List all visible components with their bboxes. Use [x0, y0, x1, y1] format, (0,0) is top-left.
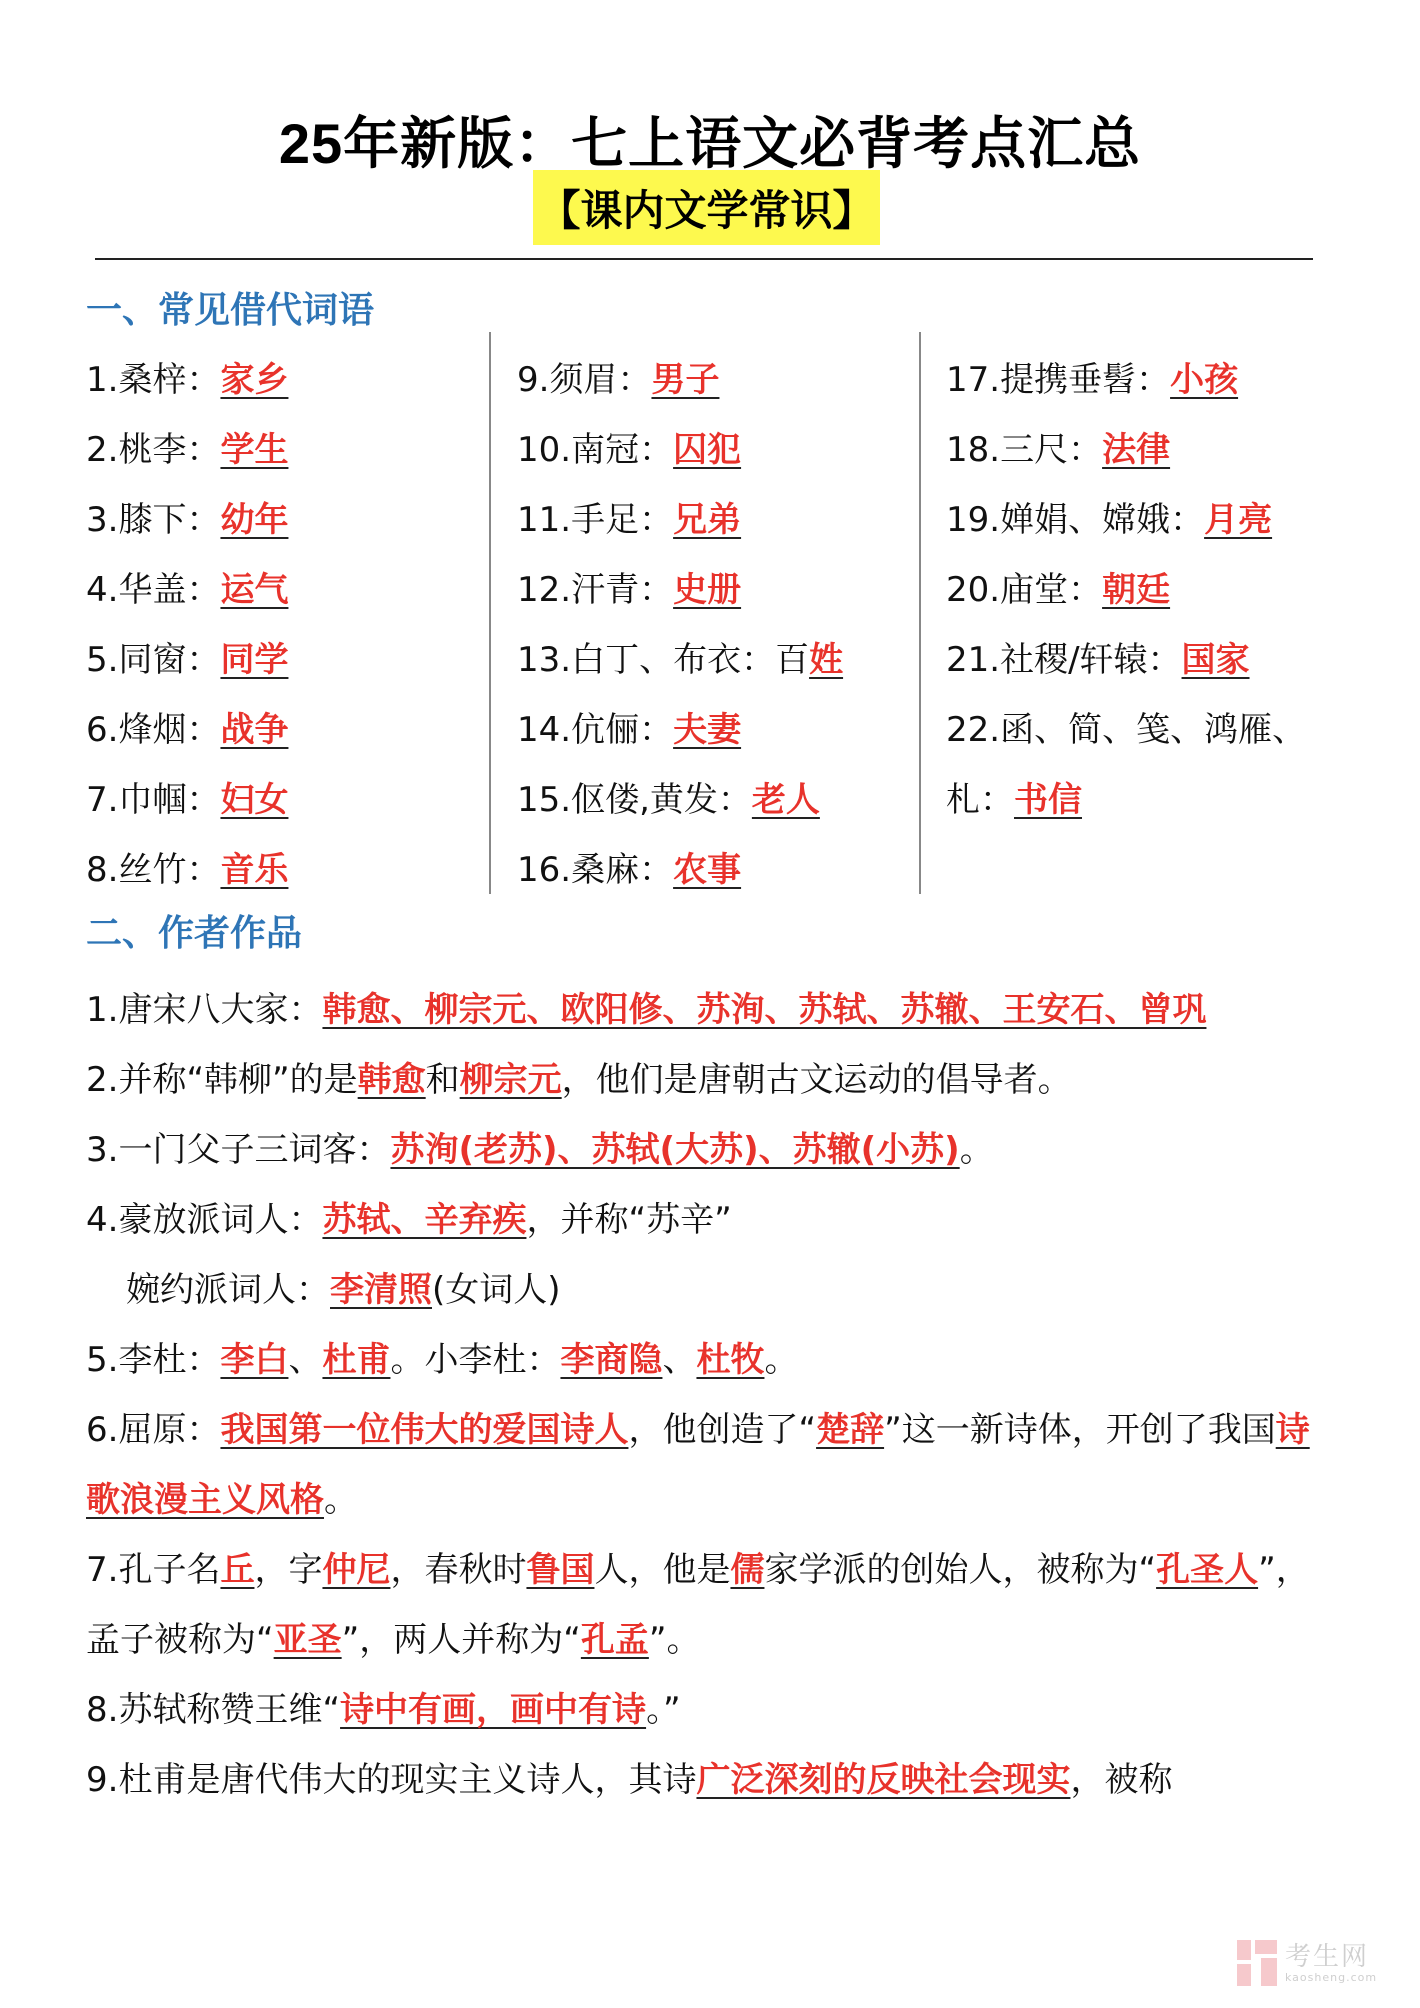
fact-text: ，他创造了“: [628, 1410, 816, 1450]
term-item: 19.婵娟、嫦娥：月亮: [946, 490, 1306, 560]
term-label: 10.南冠：: [517, 430, 673, 470]
fact-text: 4.豪放派词人：: [86, 1200, 322, 1240]
page-title: 25年新版：七上语文必背考点汇总: [0, 100, 1420, 180]
term-item: 札：书信: [946, 770, 1306, 840]
term-answer: 国家: [1182, 640, 1250, 680]
fact-text: 。”: [646, 1690, 681, 1730]
term-answer: 史册: [673, 570, 741, 610]
fact-text: 5.李杜：: [86, 1340, 220, 1380]
key-answer: 仲尼: [322, 1550, 390, 1590]
author-fact: 婉约派词人：李清照(女词人): [86, 1255, 1336, 1325]
term-label: 1.桑梓：: [86, 360, 220, 400]
author-fact: 1.唐宋八大家：韩愈、柳宗元、欧阳修、苏洵、苏轼、苏辙、王安石、曾巩: [86, 975, 1336, 1045]
term-item: 22.函、简、笺、鸿雁、: [946, 700, 1306, 770]
key-answer: 李商隐: [560, 1340, 662, 1380]
term-label: 19.婵娟、嫦娥：: [946, 500, 1204, 540]
key-answer: 亚圣: [274, 1620, 342, 1660]
term-item: 9.须眉：男子: [517, 350, 843, 420]
key-answer: 诗中有画，画中有诗: [340, 1690, 646, 1730]
fact-text: ，他们是唐朝古文运动的倡导者。: [562, 1060, 1072, 1100]
author-fact: 3.一门父子三词客：苏洵(老苏)、苏轼(大苏)、苏辙(小苏)。: [86, 1115, 1336, 1185]
fact-text: 。: [960, 1130, 994, 1170]
term-answer: 运气: [220, 570, 288, 610]
term-label: 18.三尺：: [946, 430, 1102, 470]
term-label: 8.丝竹：: [86, 850, 220, 890]
key-answer: 韩愈、柳宗元、欧阳修、苏洵、苏轼、苏辙、王安石、曾巩: [322, 990, 1206, 1030]
column-divider: [919, 332, 921, 894]
key-answer: 杜甫: [322, 1340, 390, 1380]
term-label: 12.汗青：: [517, 570, 673, 610]
key-answer: 苏洵(老苏)、苏轼(大苏)、苏辙(小苏): [390, 1130, 959, 1170]
fact-text: 。: [324, 1480, 358, 1520]
fact-text: 、: [288, 1340, 322, 1380]
author-fact: 2.并称“韩柳”的是韩愈和柳宗元，他们是唐朝古文运动的倡导者。: [86, 1045, 1336, 1115]
fact-text: ”这一新诗体，开创了我国: [884, 1410, 1276, 1450]
fact-text: 家学派的创始人，被称为“: [764, 1550, 1156, 1590]
key-answer: 孔孟: [581, 1620, 649, 1660]
key-answer: 儒: [730, 1550, 764, 1590]
term-label: 9.须眉：: [517, 360, 651, 400]
term-label: 5.同窗：: [86, 640, 220, 680]
term-item: 18.三尺：法律: [946, 420, 1306, 490]
page-subtitle: 【课内文学常识】: [538, 178, 874, 238]
key-answer: 孔圣人: [1156, 1550, 1258, 1590]
key-answer: 韩愈: [358, 1060, 426, 1100]
term-answer: 夫妻: [673, 710, 741, 750]
term-answer: 男子: [651, 360, 719, 400]
term-label: 22.函、简、笺、鸿雁、: [946, 710, 1306, 750]
watermark-cn: 考生网: [1285, 1943, 1377, 1971]
term-label: 20.庙堂：: [946, 570, 1102, 610]
fact-text: 6.屈原：: [86, 1410, 220, 1450]
key-answer: 李清照: [330, 1270, 432, 1310]
author-fact: 5.李杜：李白、杜甫。小李杜：李商隐、杜牧。: [86, 1325, 1336, 1395]
key-answer: 杜牧: [696, 1340, 764, 1380]
fact-text: 。小李杜：: [390, 1340, 560, 1380]
term-item: 8.丝竹：音乐: [86, 840, 288, 910]
term-answer: 朝廷: [1102, 570, 1170, 610]
fact-text: ，并称“苏辛”: [526, 1200, 731, 1240]
key-answer: 楚辞: [816, 1410, 884, 1450]
key-answer: 李白: [220, 1340, 288, 1380]
watermark-logo-icon: [1237, 1940, 1277, 1986]
author-fact: 4.豪放派词人：苏轼、辛弃疾，并称“苏辛”: [86, 1185, 1336, 1255]
term-answer: 法律: [1102, 430, 1170, 470]
fact-text: ”。: [649, 1620, 701, 1660]
section-heading-2: 二、作者作品: [86, 905, 302, 956]
term-item: 1.桑梓：家乡: [86, 350, 288, 420]
term-answer: 老人: [752, 780, 820, 820]
term-item: 6.烽烟：战争: [86, 700, 288, 770]
column-divider: [489, 332, 491, 894]
term-item: 13.白丁、布衣：百姓: [517, 630, 843, 700]
fact-text: ，被称: [1070, 1760, 1172, 1800]
term-item: 17.提携垂髫：小孩: [946, 350, 1306, 420]
fact-text: ，字: [254, 1550, 322, 1590]
fact-text: (女词人): [432, 1270, 561, 1310]
term-column-1: 1.桑梓：家乡2.桃李：学生3.膝下：幼年4.华盖：运气5.同窗：同学6.烽烟：…: [86, 350, 288, 910]
term-item: 5.同窗：同学: [86, 630, 288, 700]
term-item: 4.华盖：运气: [86, 560, 288, 630]
term-item: 12.汗青：史册: [517, 560, 843, 630]
term-label: 21.社稷/轩辕：: [946, 640, 1182, 680]
term-item: 20.庙堂：朝廷: [946, 560, 1306, 630]
term-answer: 音乐: [220, 850, 288, 890]
subtitle-highlight: 【课内文学常识】: [533, 170, 880, 245]
fact-text: 7.孔子名: [86, 1550, 220, 1590]
term-label: 14.伉俪：: [517, 710, 673, 750]
term-answer: 月亮: [1204, 500, 1272, 540]
term-label: 4.华盖：: [86, 570, 220, 610]
fact-text: 1.唐宋八大家：: [86, 990, 322, 1030]
key-answer: 苏轼、辛弃疾: [322, 1200, 526, 1240]
author-fact: 9.杜甫是唐代伟大的现实主义诗人，其诗广泛深刻的反映社会现实，被称: [86, 1745, 1336, 1815]
fact-text: ”，两人并称为“: [342, 1620, 581, 1660]
author-works-list: 1.唐宋八大家：韩愈、柳宗元、欧阳修、苏洵、苏轼、苏辙、王安石、曾巩2.并称“韩…: [86, 975, 1336, 1815]
key-answer: 鲁国: [526, 1550, 594, 1590]
fact-text: ，春秋时: [390, 1550, 526, 1590]
key-answer: 丘: [220, 1550, 254, 1590]
term-answer: 书信: [1014, 780, 1082, 820]
term-label: 17.提携垂髫：: [946, 360, 1170, 400]
header-divider: [95, 258, 1313, 260]
term-answer: 囚犯: [673, 430, 741, 470]
fact-text: 9.杜甫是唐代伟大的现实主义诗人，其诗: [86, 1760, 696, 1800]
term-label: 2.桃李：: [86, 430, 220, 470]
author-fact: 8.苏轼称赞王维“诗中有画，画中有诗。”: [86, 1675, 1336, 1745]
term-answer: 妇女: [220, 780, 288, 820]
key-answer: 广泛深刻的反映社会现实: [696, 1760, 1070, 1800]
key-answer: 柳宗元: [460, 1060, 562, 1100]
term-item: 14.伉俪：夫妻: [517, 700, 843, 770]
author-fact: 6.屈原：我国第一位伟大的爱国诗人，他创造了“楚辞”这一新诗体，开创了我国诗歌浪…: [86, 1395, 1336, 1535]
term-label: 11.手足：: [517, 500, 673, 540]
term-answer: 小孩: [1170, 360, 1238, 400]
term-answer: 同学: [220, 640, 288, 680]
author-fact: 7.孔子名丘，字仲尼，春秋时鲁国人，他是儒家学派的创始人，被称为“孔圣人”，孟子…: [86, 1535, 1336, 1675]
fact-text: 。: [764, 1340, 798, 1380]
term-item: 21.社稷/轩辕：国家: [946, 630, 1306, 700]
term-column-3: 17.提携垂髫：小孩18.三尺：法律19.婵娟、嫦娥：月亮20.庙堂：朝廷21.…: [946, 350, 1306, 840]
fact-text: 2.并称“韩柳”的是: [86, 1060, 358, 1100]
fact-text: 3.一门父子三词客：: [86, 1130, 390, 1170]
term-answer: 农事: [673, 850, 741, 890]
term-label: 3.膝下：: [86, 500, 220, 540]
key-answer: 我国第一位伟大的爱国诗人: [220, 1410, 628, 1450]
term-item: 7.巾帼：妇女: [86, 770, 288, 840]
term-column-2: 9.须眉：男子10.南冠：囚犯11.手足：兄弟12.汗青：史册13.白丁、布衣：…: [517, 350, 843, 910]
fact-text: 、: [662, 1340, 696, 1380]
term-label: 13.白丁、布衣：百: [517, 640, 809, 680]
fact-text: 8.苏轼称赞王维“: [86, 1690, 340, 1730]
watermark: 考生网 kaosheng.com: [1237, 1940, 1377, 1986]
term-item: 16.桑麻：农事: [517, 840, 843, 910]
term-item: 3.膝下：幼年: [86, 490, 288, 560]
term-label: 札：: [946, 780, 1014, 820]
term-label: 15.伛偻,黄发：: [517, 780, 752, 820]
term-answer: 兄弟: [673, 500, 741, 540]
term-answer: 姓: [809, 640, 843, 680]
term-answer: 战争: [220, 710, 288, 750]
watermark-en: kaosheng.com: [1285, 1971, 1377, 1984]
term-item: 11.手足：兄弟: [517, 490, 843, 560]
term-item: 10.南冠：囚犯: [517, 420, 843, 490]
term-item: 2.桃李：学生: [86, 420, 288, 490]
section-heading-1: 一、常见借代词语: [86, 282, 374, 333]
term-label: 7.巾帼：: [86, 780, 220, 820]
fact-text: 和: [426, 1060, 460, 1100]
fact-text: 婉约派词人：: [126, 1270, 330, 1310]
term-item: 15.伛偻,黄发：老人: [517, 770, 843, 840]
fact-text: 人，他是: [594, 1550, 730, 1590]
term-label: 16.桑麻：: [517, 850, 673, 890]
term-label: 6.烽烟：: [86, 710, 220, 750]
term-answer: 幼年: [220, 500, 288, 540]
term-answer: 家乡: [220, 360, 288, 400]
term-answer: 学生: [220, 430, 288, 470]
